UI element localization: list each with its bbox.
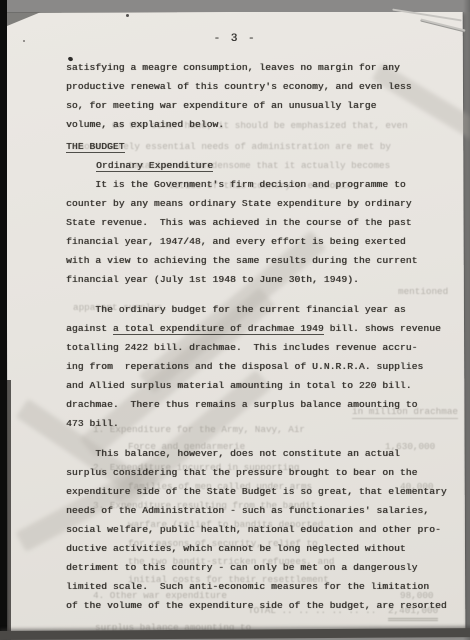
subsection-heading: Ordinary Expenditure [66, 156, 446, 175]
text-line: so, for meeting war expenditure of an un… [66, 96, 446, 115]
page-corner-fold [7, 12, 41, 26]
text-line: drachmae. There thus remains a surplus b… [66, 395, 446, 414]
ink-speck [23, 40, 25, 42]
text-line: satisfying a meagre consumption, leaves … [66, 58, 446, 77]
text-line: ing from reperations and the disposal of… [66, 357, 446, 376]
page-right-shadow [463, 0, 470, 640]
text-line: totalling 2422 bill. drachmae. This incl… [66, 338, 446, 357]
text-line: with a view to achieving the same result… [66, 251, 446, 270]
text-line: productive renewal of this country's eco… [66, 77, 446, 96]
paragraph-decision: It is the Government's firm decision and… [66, 175, 446, 289]
scanned-document: On the other hand, it should be emphasiz… [0, 0, 470, 640]
ink-speck [126, 14, 129, 17]
text-line: financial year (July 1st 1948 to June 30… [66, 270, 446, 289]
text-line: needs of the Administration - such as fu… [66, 501, 446, 520]
page-number: - 3 - [0, 33, 470, 45]
section-heading: THE BUDGET [66, 137, 446, 156]
subsection-heading-text: Ordinary Expenditure [96, 160, 213, 172]
text-line: financial year, 1947/48, and every effor… [66, 232, 446, 251]
text-line: It is the Government's firm decision and… [66, 175, 446, 194]
text-line: social welfare, public health, national … [66, 520, 446, 539]
paragraph-budget: The ordinary budget for the current fina… [66, 300, 446, 433]
scanner-left-shadow [7, 380, 11, 640]
paragraph-intro: satisfying a meagre consumption, leaves … [66, 58, 446, 134]
text-line: limited scale. Such anti-economic measur… [66, 577, 446, 596]
document-body: satisfying a meagre consumption, leaves … [66, 58, 446, 615]
text-line: ductive activities, which cannot be long… [66, 539, 446, 558]
text-line: expenditure side of the State Budget is … [66, 482, 446, 501]
text-line: surplus considering that the pressure br… [66, 463, 446, 482]
text-line: The ordinary budget for the current fina… [66, 300, 446, 319]
section-heading-text: THE BUDGET [66, 141, 125, 153]
scanner-left-edge [0, 0, 7, 640]
text-line: detriment to this country - can only be … [66, 558, 446, 577]
text-line: volume, as explained below. [66, 115, 446, 134]
paragraph-balance: This balance, however, does not constitu… [66, 444, 446, 615]
text-line: counter by any means ordinary State expe… [66, 194, 446, 213]
text-line: against a total expenditure of drachmae … [66, 319, 446, 338]
text-line: of the volume of the expenditure side of… [66, 596, 446, 615]
text-line: State revenue. This was achieved in the … [66, 213, 446, 232]
text-line: This balance, however, does not constitu… [66, 444, 446, 463]
scanner-bottom-edge [0, 628, 470, 640]
text-line: 473 bill. [66, 414, 446, 433]
text-line: and Allied surplus material amounting in… [66, 376, 446, 395]
